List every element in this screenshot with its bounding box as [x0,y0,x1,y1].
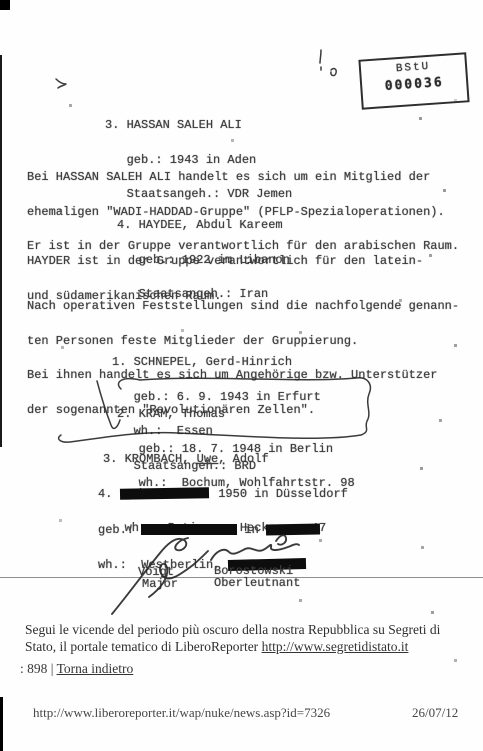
pen-mark-squiggle [331,69,336,76]
pen-mark-exclamation [320,50,321,70]
footer-nav-prefix: : 898 | [20,661,57,676]
born-label: geb.: [98,523,141,537]
segretidistato-link[interactable]: http://www.segretidistato.it [262,639,409,654]
krombach-name-prefix: 3. KROMBACH, [103,452,197,466]
print-footer-date: 26/07/12 [412,705,458,721]
printed-page: BStU 000036 3. HASSAN SALEH ALI geb.: 19… [0,0,483,751]
in-word: in [237,523,266,537]
signature-rank-major: Major [142,579,178,591]
print-footer-url: http://www.liberoreporter.it/wap/nuke/ne… [33,705,330,721]
krombach-name-suffix: , Adolf [218,452,268,466]
footer-promo-text: Segui le vicende del periodo più oscuro … [25,622,473,655]
promo-line2-prefix: Stato, il portale tematico di LiberoRepo… [25,639,262,654]
entry-name-line: 1. SCHNEPEL, Gerd-Hinrich [112,357,321,369]
redaction-bar-birthplace [266,523,320,535]
entry-number: 4. [98,487,120,501]
entry-name-line: 4. [98,488,320,501]
redaction-bar-birthdate [141,524,237,535]
bstu-archive-stamp: BStU 000036 [358,52,469,109]
paragraph-line: Nach operativen Feststellungen sind die … [27,301,459,313]
stamp-page-number: 000036 [362,73,467,95]
krombach-underlined-firstname: Uwe [197,452,219,466]
redaction-bar-name [120,487,209,500]
promo-line1: Segui le vicende del periodo più oscuro … [25,622,440,637]
scan-noise-specks [0,0,1,1]
torna-indietro-link[interactable]: Torna indietro [57,661,134,676]
scan-corner-artifact [0,0,10,10]
signature-rank-oberleutnant: Oberleutnant [214,578,300,590]
entry-name-line: 3. HASSAN SALEH ALI [105,120,292,132]
scan-edge-line [0,55,2,447]
entry-name-line: 2. KRAM, Thomas [117,409,355,421]
entry-name-line: 3. KROMBACH, Uwe, Adolf [103,454,348,466]
footer-nav: : 898 | Torna indietro [20,661,133,677]
paragraph-line: HAYDER ist in der Gruppe verantwortlich … [27,256,423,268]
entry-name-line: 4. HAYDEE, Abdul Kareem [117,220,290,232]
entry-born-line: geb.: in [98,524,320,537]
paragraph-line: Bei HASSAN SALEH ALI handelt es sich um … [27,172,459,184]
scan-edge-line [0,697,3,751]
pen-mark-hook [56,79,66,88]
